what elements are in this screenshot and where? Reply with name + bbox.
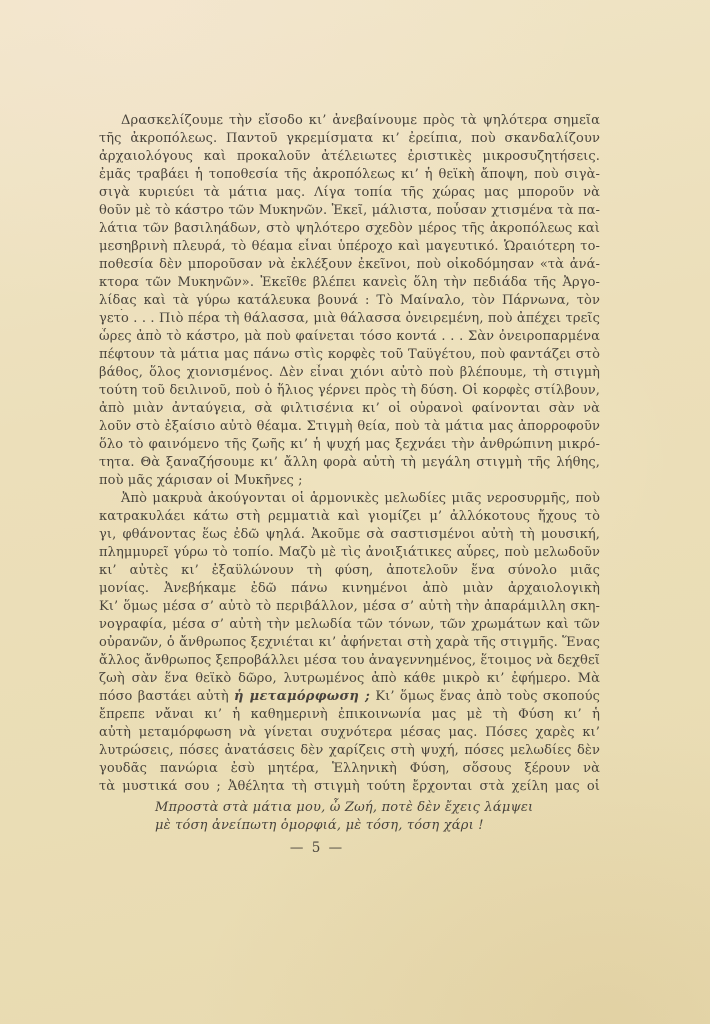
text-line: σιγὰ κυριεύει τὰ μάτια μας. Λίγα τοπία τ… xyxy=(99,184,600,202)
text-line: πόσο βαστάει αὐτὴ ἡ μεταμόρφωση ; Κι’ ὅμ… xyxy=(99,688,600,706)
text-line: μεσηβρινὴ πλευρά, τὸ θέαμα εἶναι ὑπέροχο… xyxy=(99,238,600,256)
text-line: τὰ μυστικά σου ; Ἀθέλητα τὴ στιγμὴ τούτη… xyxy=(99,778,600,796)
text-line: ἔπρεπε νἄναι κι’ ἡ καθημερινὴ ἐπικοινωνί… xyxy=(99,706,600,724)
page-number: — 5 — xyxy=(237,840,397,856)
text-line: λοῦν στὸ ἐξαίσιο αὐτὸ θέαμα. Στιγμὴ θεία… xyxy=(99,418,600,436)
emphasized-text: ἡ μεταμόρφωση ; xyxy=(234,689,370,704)
text-line: νογραφία, μέσα σ’ αὐτὴ τὴν μελωδία τῶν τ… xyxy=(99,616,600,634)
scanned-book-page: Δρασκελίζουμε τὴν εἴσοδο κι’ ἀνεβαίνουμε… xyxy=(0,0,710,1024)
text-line: θοῦν μὲ τὸ κάστρο τῶν Μυκηνῶν. Ἐκεῖ, μάλ… xyxy=(99,202,600,220)
text-line: οὐρανῶν, ὁ ἄνθρωπος ξεχνιέται κι’ ἀφήνετ… xyxy=(99,634,600,652)
text-line: μονίας. Ἀνεβήκαμε ἐδῶ πάνω κινημένοι ἀπὸ… xyxy=(99,580,600,598)
text-line: τητα. Θὰ ξαναζήσουμε κι’ ἄλλη φορὰ αὐτὴ … xyxy=(99,454,600,472)
text-line: ἐμᾶς τραβάει ἡ τοποθεσία τῆς ἀκροπόλεως … xyxy=(99,166,600,184)
text-line: πέφτουν τὰ μάτια μας πάνω στὶς κορφὲς το… xyxy=(99,346,600,364)
text-line: τούτη τοῦ δειλινοῦ, ποὺ ὁ ἥλιος γέρνει π… xyxy=(99,382,600,400)
text-line: ὅλο τὸ φαινόμενο τῆς ζωῆς κι’ ἡ ψυχή μας… xyxy=(99,436,600,454)
text-line: λυτρώσεις, πόσες ἀνατάσεις δὲν χαρίζεις … xyxy=(99,742,600,760)
verse-quote: Μπροστὰ στὰ μάτια μου, ὦ Ζωή, ποτὲ δὲν ἔ… xyxy=(155,799,575,835)
body-text: Δρασκελίζουμε τὴν εἴσοδο κι’ ἀνεβαίνουμε… xyxy=(99,112,600,796)
text-line: πλημμυρεῖ γύρω τὸ τοπίο. Μαζὺ μὲ τὶς ἀνο… xyxy=(99,544,600,562)
text-line: λίδας καὶ τὰ γύρω κατάλευκα βουνά : Τὸ Μ… xyxy=(99,292,600,310)
text-line: ποθεσία δὲν μποροῦσαν νὰ ἐκλέξουν ἐκεῖνο… xyxy=(99,256,600,274)
text-line: Κι’ ὅμως μέσα σ’ αὐτὸ τὸ περιβάλλον, μέσ… xyxy=(99,598,600,616)
text-line: ὧρες ἀπὸ τὸ κάστρο, μὰ ποὺ φαίνεται τόσο… xyxy=(99,328,600,346)
text-line: κι’ αὐτὲς κι’ ἐξαϋλώνουν τὴ φύση, ἀποτελ… xyxy=(99,562,600,580)
text-line: κτορα τῶν Μυκηνῶν». Ἐκεῖθε βλέπει κανεὶς… xyxy=(99,274,600,292)
text-line: γι, φθάνοντας ἕως ἐδῶ ψηλά. Ἀκοῦμε σὰ σα… xyxy=(99,526,600,544)
text-line: Δρασκελίζουμε τὴν εἴσοδο κι’ ἀνεβαίνουμε… xyxy=(99,112,600,130)
text-line: ζωὴ σὰν ἕνα θεϊκὸ δῶρο, λυτρωμένος ἀπὸ κ… xyxy=(99,670,600,688)
text-line: αὐτὴ μεταμόρφωση νὰ γίνεται συχνότερα μέ… xyxy=(99,724,600,742)
text-line: ἀρχαιολόγους καὶ προκαλοῦν ἀτέλειωτες ἐρ… xyxy=(99,148,600,166)
text-line: ποὺ μᾶς χάρισαν οἱ Μυκῆνες ; xyxy=(99,472,600,490)
text-line: γετο . . . Πιὸ πέρα τὴ θάλασσα, μιὰ θάλα… xyxy=(99,310,600,328)
text-line: ἄλλος ἄνθρωπος ξεπροβάλλει μέσα του ἀναγ… xyxy=(99,652,600,670)
text-line: κατρακυλάει κάτω στὴ ρεμματιὰ καὶ γιομίζ… xyxy=(99,508,600,526)
text-line: Ἀπὸ μακρυὰ ἀκούγονται οἱ ἁρμονικὲς μελωδ… xyxy=(99,490,600,508)
text-line: βάθος, ὅλος χιονισμένος. Δὲν εἶναι χιόνι… xyxy=(99,364,600,382)
text-segment: πόσο βαστάει αὐτὴ xyxy=(99,689,234,704)
text-line: λάτια τῶν βασιληάδων, στὸ ψηλότερο σχεδὸ… xyxy=(99,220,600,238)
text-line: ἀπὸ μιὰν ἀνταύγεια, σὰ φιλτισένια κι’ οἱ… xyxy=(99,400,600,418)
verse-line: Μπροστὰ στὰ μάτια μου, ὦ Ζωή, ποτὲ δὲν ἔ… xyxy=(155,799,575,817)
text-line: γουδᾶς πανώρια ἐσὺ μητέρα, Ἑλληνικὴ Φύση… xyxy=(99,760,600,778)
text-line: τῆς ἀκροπόλεως. Παντοῦ γκρεμίσματα κι’ ἐ… xyxy=(99,130,600,148)
verse-line: μὲ τόση ἀνείπωτη ὁμορφιά, μὲ τόση, τόση … xyxy=(155,817,575,835)
